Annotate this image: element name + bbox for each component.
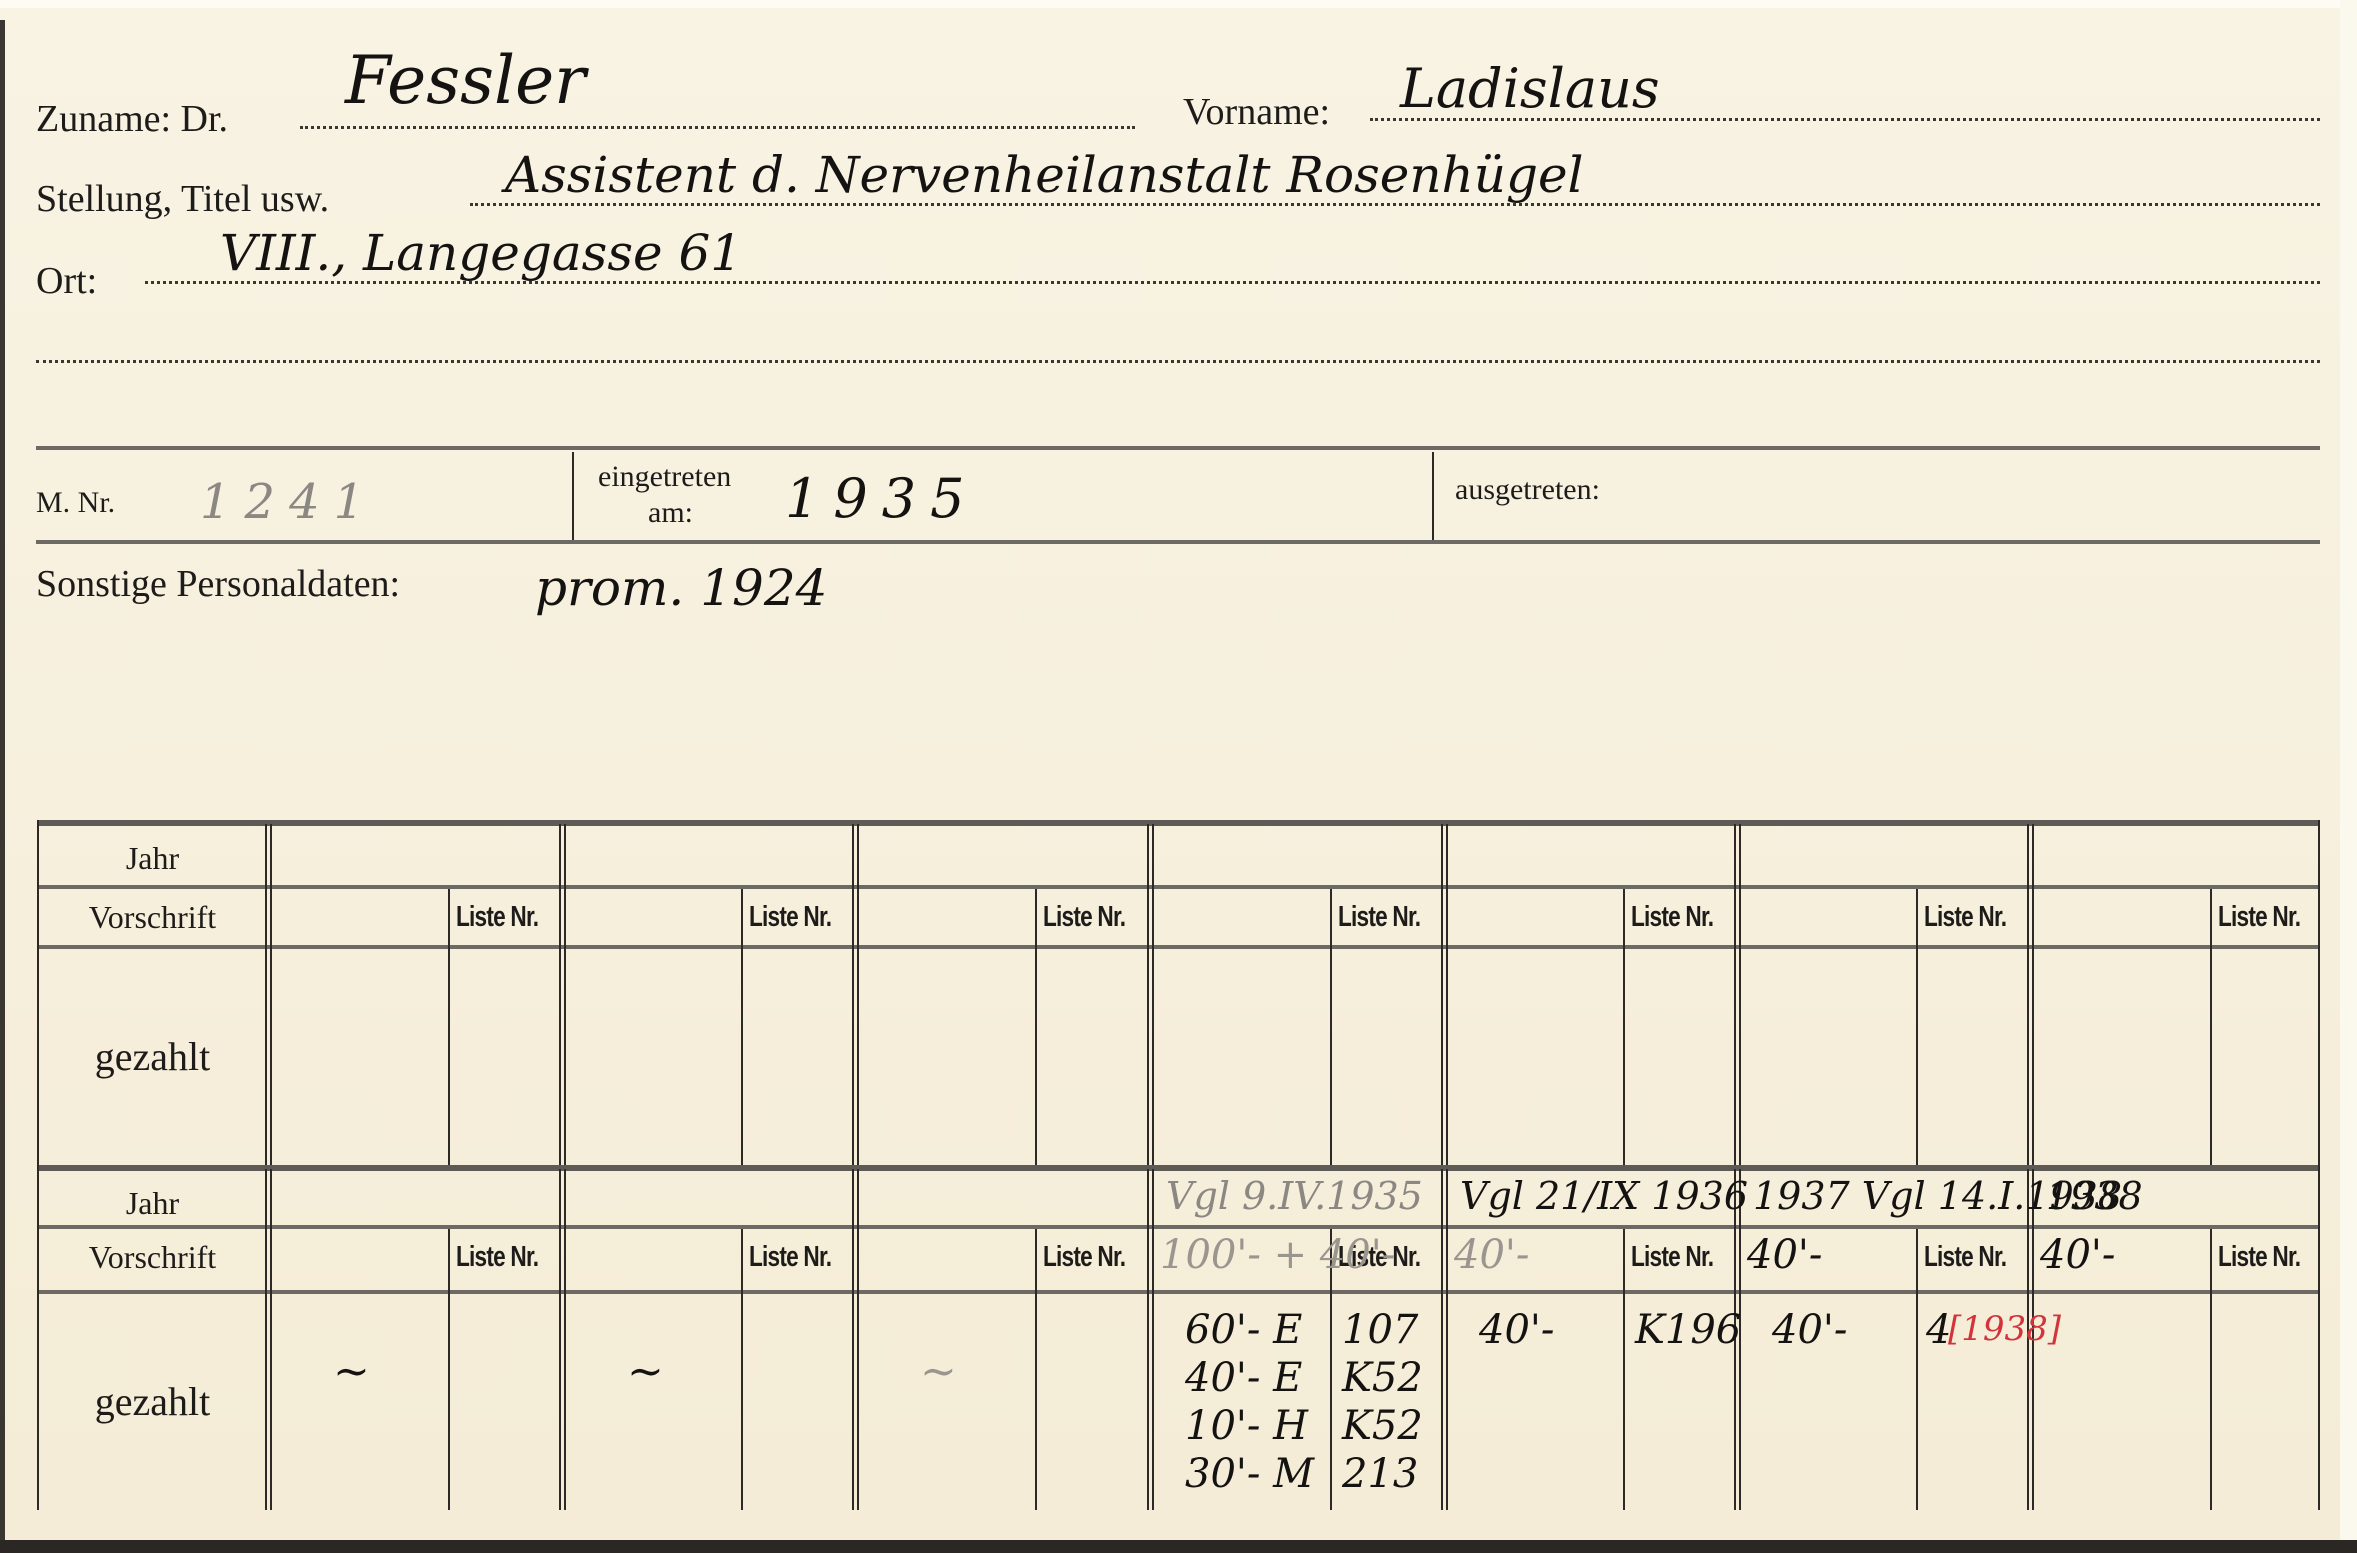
- liste-value-red: [1938]: [1948, 1312, 2061, 1346]
- ort-value: VIII., Lange­gasse 61: [220, 228, 742, 278]
- liste-nr-header: Liste Nr.: [456, 901, 538, 934]
- liste-column-divider: [1623, 889, 1625, 1165]
- year-group-divider: [852, 824, 859, 1165]
- year-value: Vgl 9.IV.1935: [1166, 1177, 1423, 1215]
- mnr-divider: [572, 452, 574, 540]
- ausgetreten-label: ausgetreten:: [1455, 475, 1600, 505]
- liste-nr-header: Liste Nr.: [1631, 901, 1713, 934]
- year-group-divider: [559, 1169, 566, 1510]
- card-edge-bottom: [0, 1540, 2357, 1553]
- liste-column-divider: [1330, 889, 1332, 1165]
- zuname-label: Zuname: Dr.: [36, 100, 228, 138]
- row-label-gezahlt: gezahlt: [37, 1378, 268, 1425]
- eingetreten-divider: [1432, 452, 1434, 540]
- vorschrift-value: 40'-: [2040, 1235, 2115, 1275]
- mnr-bottom-rule: [36, 540, 2320, 544]
- blank-line: [36, 360, 2320, 363]
- stellung-label: Stellung, Titel usw.: [36, 180, 329, 218]
- liste-value: K52: [1342, 1358, 1423, 1398]
- year-group-divider: [2027, 824, 2034, 1165]
- year-group-divider: [1441, 824, 1448, 1165]
- liste-value: K52: [1342, 1406, 1423, 1446]
- liste-nr-header: Liste Nr.: [1924, 1241, 2006, 1274]
- year-group-divider: [1734, 824, 1741, 1165]
- row-label-vorschrift: Vorschrift: [37, 1239, 268, 1276]
- liste-nr-header: Liste Nr.: [749, 1241, 831, 1274]
- table-rule-top: [37, 820, 2318, 826]
- sonstige-label: Sonstige Personaldaten:: [36, 565, 400, 603]
- year-group-divider: [1147, 824, 1154, 1165]
- row-label-jahr: Jahr: [37, 1185, 268, 1222]
- card-edge-top: [0, 0, 2357, 8]
- year-value: Vgl 21/IX 1936: [1460, 1177, 1748, 1215]
- vorname-label: Vorname:: [1183, 93, 1330, 131]
- sonstige-value: prom. 1924: [535, 563, 827, 613]
- eingetreten-am-label: am:: [648, 498, 693, 528]
- liste-value: K196: [1635, 1310, 1741, 1350]
- liste-value: 213: [1342, 1454, 1418, 1494]
- year-group-divider: [852, 1169, 859, 1510]
- liste-column-divider: [1623, 1229, 1625, 1510]
- liste-column-divider: [1035, 1229, 1037, 1510]
- liste-nr-header: Liste Nr.: [1338, 901, 1420, 934]
- card-edge-right: [2340, 0, 2357, 1553]
- liste-column-divider: [2210, 1229, 2212, 1510]
- gezahlt-value: 60'- E: [1185, 1310, 1302, 1350]
- zuname-line: [300, 126, 1135, 129]
- zuname-value: Fessler: [345, 48, 586, 114]
- gezahlt-value: ~: [333, 1350, 370, 1394]
- liste-column-divider: [1035, 889, 1037, 1165]
- gezahlt-value: 30'- M: [1185, 1454, 1314, 1494]
- vorschrift-value: 40'-: [1747, 1235, 1822, 1275]
- liste-column-divider: [448, 1229, 450, 1510]
- liste-column-divider: [741, 889, 743, 1165]
- mnr-top-rule: [36, 446, 2320, 450]
- gezahlt-value: 10'- H: [1185, 1406, 1308, 1446]
- eingetreten-label: eingetreten: [598, 462, 731, 492]
- liste-nr-header: Liste Nr.: [456, 1241, 538, 1274]
- liste-nr-header: Liste Nr.: [2218, 1241, 2300, 1274]
- vorschrift-value: 100'- + 40'-: [1160, 1235, 1395, 1275]
- table-rule-jahr: [37, 1225, 2318, 1229]
- gezahlt-value: 40'-: [1479, 1310, 1554, 1350]
- mnr-value: 1241: [200, 478, 378, 526]
- table-rule-jahr: [37, 885, 2318, 889]
- vorschrift-value: 40'-: [1454, 1235, 1529, 1275]
- table-right-border: [2318, 820, 2320, 1165]
- gezahlt-value: ~: [920, 1350, 957, 1394]
- gezahlt-value: 40'- E: [1185, 1358, 1302, 1398]
- liste-nr-header: Liste Nr.: [1043, 1241, 1125, 1274]
- liste-column-divider: [741, 1229, 743, 1510]
- row-label-gezahlt: gezahlt: [37, 1033, 268, 1080]
- year-group-divider: [559, 824, 566, 1165]
- row-label-jahr: Jahr: [37, 840, 268, 877]
- gezahlt-value: ~: [627, 1350, 664, 1394]
- liste-nr-header: Liste Nr.: [1924, 901, 2006, 934]
- liste-nr-header: Liste Nr.: [1043, 901, 1125, 934]
- liste-value: 107: [1342, 1310, 1418, 1350]
- gezahlt-value: 40'-: [1772, 1310, 1847, 1350]
- ort-label: Ort:: [36, 262, 97, 300]
- member-record-card: Zuname: Dr. Fessler Vorname: Ladislaus S…: [0, 0, 2357, 1553]
- table-right-border: [2318, 1165, 2320, 1510]
- stellung-value: Assistent d. Nervenheilanstalt Rosenhüge…: [505, 150, 1584, 200]
- vorname-value: Ladislaus: [1400, 62, 1660, 116]
- table-rule-vorschrift: [37, 1290, 2318, 1294]
- liste-column-divider: [1916, 1229, 1918, 1510]
- liste-column-divider: [448, 889, 450, 1165]
- mnr-label: M. Nr.: [36, 488, 115, 518]
- liste-nr-header: Liste Nr.: [2218, 901, 2300, 934]
- card-edge-left: [0, 20, 5, 1540]
- year-group-divider: [1147, 1169, 1154, 1510]
- liste-nr-header: Liste Nr.: [1631, 1241, 1713, 1274]
- year-group-divider: [1441, 1169, 1448, 1510]
- row-label-vorschrift: Vorschrift: [37, 899, 268, 936]
- year-value: 1938: [2046, 1177, 2143, 1215]
- table-rule-top: [37, 1165, 2318, 1171]
- liste-column-divider: [2210, 889, 2212, 1165]
- liste-column-divider: [1916, 889, 1918, 1165]
- table-rule-vorschrift: [37, 945, 2318, 949]
- eingetreten-value: 1935: [785, 472, 978, 526]
- liste-nr-header: Liste Nr.: [749, 901, 831, 934]
